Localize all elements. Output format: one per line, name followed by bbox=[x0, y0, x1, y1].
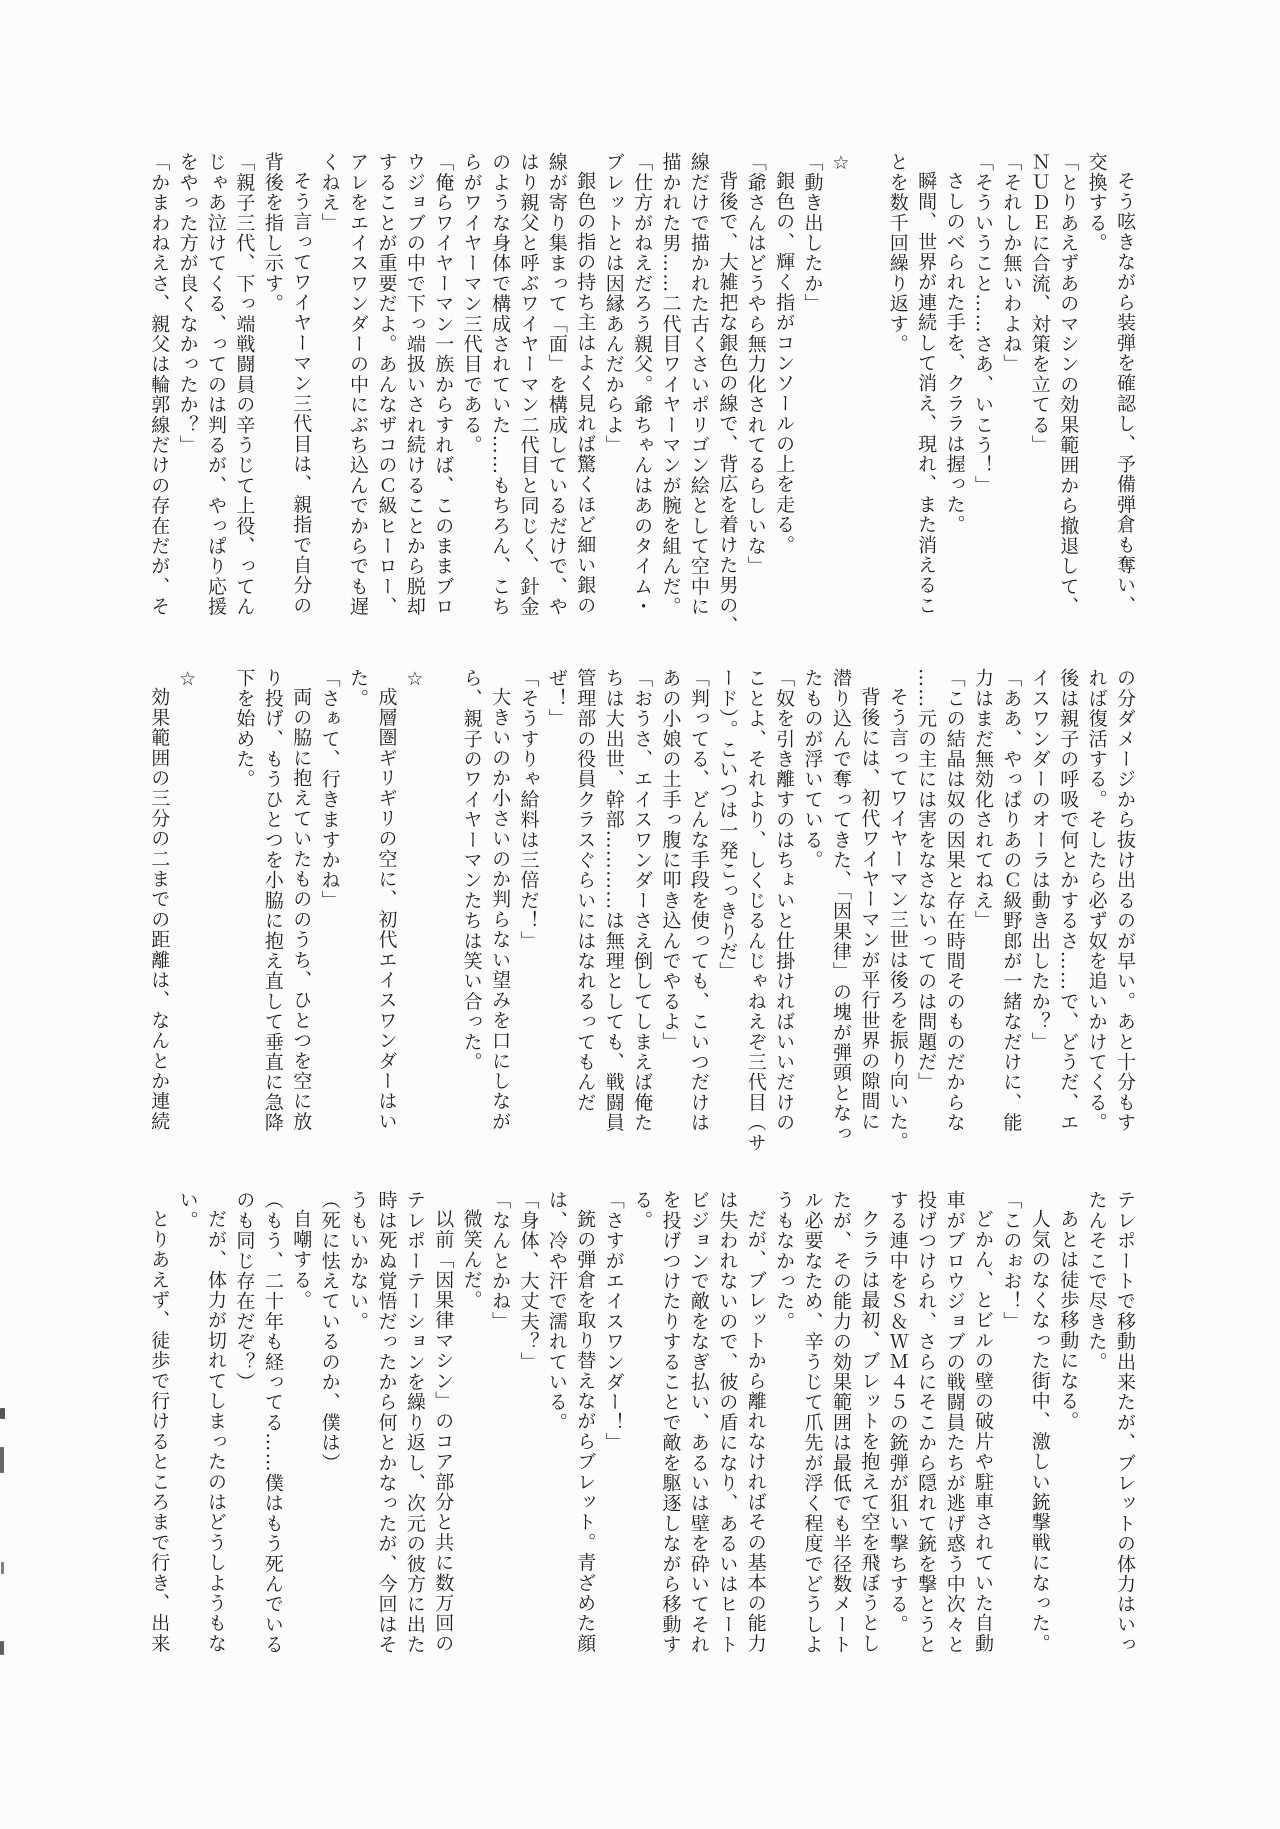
text-column: 以前「因果律マシン」のコア部分と共に数万回の bbox=[429, 1190, 457, 1655]
text-column: 力はまだ無効化されてねえ」 bbox=[969, 668, 997, 1153]
novel-page: そう呟きながら装弾を確認し、予備弾倉も奪い、交換する。「とりあえずあのマシンの効… bbox=[0, 0, 1280, 1829]
text-column: 「さぁて、行きますかね」 bbox=[315, 668, 343, 1153]
text-column: くねえ」 bbox=[315, 152, 343, 636]
text-column: は、冷や汗で濡れている。 bbox=[542, 1190, 570, 1655]
text-band-3: テレポートで移動出来たが、ブレットの体力はいったんそこで尽きた。あとは徒歩移動に… bbox=[145, 1190, 1139, 1655]
section-star: ☆ bbox=[173, 668, 201, 1153]
text-column: そう呟きながら装弾を確認し、予備弾倉も奪い、 bbox=[1111, 152, 1139, 636]
text-column: 効果範囲の三分の二までの距離は、なんとか連続 bbox=[145, 668, 173, 1153]
text-column: をやった方が良くなかったか？」 bbox=[173, 152, 201, 636]
text-column: のも同じ存在だぞ？） bbox=[230, 1190, 258, 1655]
text-column: の分ダメージから抜け出るのが早い。あと十分もす bbox=[1111, 668, 1139, 1153]
text-column: 線だけで描かれた古くさいポリゴン絵として空中に bbox=[685, 152, 713, 636]
text-column: 微笑んだ。 bbox=[457, 1190, 485, 1655]
text-column: テレポートで移動出来たが、ブレットの体力はいっ bbox=[1111, 1190, 1139, 1655]
text-column: ブレットとは因縁あんだからよ」 bbox=[599, 152, 627, 636]
text-column: 「この結晶は奴の因果と存在時間そのものだからな bbox=[940, 668, 968, 1153]
blank-column bbox=[855, 152, 883, 636]
text-column: （死に怯えているのか、僕は） bbox=[315, 1190, 343, 1655]
text-column: さしのべられた手を、クララは握った。 bbox=[940, 152, 968, 636]
text-column: らがワイヤーマン三代目である。 bbox=[457, 152, 485, 636]
text-column: 潜り込んで奪ってきた、「因果律」の塊が弾頭となっ bbox=[827, 668, 855, 1153]
text-column: 銀色の指の持ち主はよく見れば驚くほど細い銀の bbox=[571, 152, 599, 636]
text-column: た。 bbox=[344, 668, 372, 1153]
text-column: ことよ、それより、しくじるんじゃねえぞ三代目（サ bbox=[741, 668, 769, 1153]
text-column: 「そういうこと……さあ、いこう！」 bbox=[969, 152, 997, 636]
text-column: うもなかった。 bbox=[770, 1190, 798, 1655]
text-column: することが重要だよ。あんなザコのＣ級ヒーロー、 bbox=[372, 152, 400, 636]
text-column: 「それしか無いわよね」 bbox=[997, 152, 1025, 636]
text-column: を投げつけたりすることで敵を駆逐しながら移動す bbox=[656, 1190, 684, 1655]
text-column: そう言ってワイヤーマン三世は後ろを振り向いた。 bbox=[883, 668, 911, 1153]
text-column: 瞬間、世界が連続して消え、現れ、また消えるこ bbox=[912, 152, 940, 636]
text-band-1: そう呟きながら装弾を確認し、予備弾倉も奪い、交換する。「とりあえずあのマシンの効… bbox=[145, 152, 1139, 636]
text-column: 「俺らワイヤーマン一族からすれば、このままブロ bbox=[429, 152, 457, 636]
text-column: 「とりあえずあのマシンの効果範囲から撤退して、 bbox=[1054, 152, 1082, 636]
text-column: たんそこで尽きた。 bbox=[1082, 1190, 1110, 1655]
text-column: じゃあ泣けてくる、ってのは判るが、やっぱり応援 bbox=[202, 152, 230, 636]
text-column: ード）。こいつは一発こっきりだ」 bbox=[713, 668, 741, 1153]
text-column: 管理部の役員クラスぐらいにはなれるってもんだ bbox=[571, 668, 599, 1153]
text-column: 人気のなくなった街中、激しい銃撃戦になった。 bbox=[1025, 1190, 1053, 1655]
text-column: のような身体で構成されていた……もちろん、こち bbox=[486, 152, 514, 636]
text-column: り投げ、もうひとつを小脇に抱え直して垂直に急降 bbox=[258, 668, 286, 1153]
text-column: 「仕方がねえだろう親父。爺ちゃんはあのタイム・ bbox=[628, 152, 656, 636]
text-column: 「身体、大丈夫？」 bbox=[514, 1190, 542, 1655]
scan-speck bbox=[1, 1562, 4, 1574]
section-star: ☆ bbox=[400, 668, 428, 1153]
section-star: ☆ bbox=[827, 152, 855, 636]
text-column: 両の脇に抱えていたもののうち、ひとつを空に放 bbox=[287, 668, 315, 1153]
text-column: 「おうさ、エイスワンダーさえ倒してしまえば俺た bbox=[628, 668, 656, 1153]
blank-column bbox=[202, 668, 230, 1153]
text-column: 背後で、大雑把な銀色の線で、背広を着けた男の、 bbox=[713, 152, 741, 636]
text-column: ウジョブの中で下っ端扱いされ続けることから脱却 bbox=[400, 152, 428, 636]
text-column: 「このぉお！」 bbox=[997, 1190, 1025, 1655]
text-column: 「そうすりゃ給料は三倍だ！」 bbox=[514, 668, 542, 1153]
text-column: 背後には、初代ワイヤーマンが平行世界の隙間に bbox=[855, 668, 883, 1153]
text-column: アレをエイスワンダーの中にぶち込んでからでも遅 bbox=[344, 152, 372, 636]
text-column: あの小娘の土手っ腹に叩き込んでやるよ」 bbox=[656, 668, 684, 1153]
text-column: 後は親子の呼吸で何とかするさ……で、どうだ、エ bbox=[1054, 668, 1082, 1153]
scan-speck bbox=[0, 1447, 4, 1473]
text-column: ちは大出世、幹部…………は無理としても、戦闘員 bbox=[599, 668, 627, 1153]
text-column: 「爺さんはどうやら無力化されてるらしいな」 bbox=[741, 152, 769, 636]
text-column: れば復活する。そしたら必ず奴を追いかけてくる。 bbox=[1082, 668, 1110, 1153]
text-column: たものが浮いている。 bbox=[798, 668, 826, 1153]
text-column: とを数千回繰り返す。 bbox=[883, 152, 911, 636]
text-column: 時は死ぬ覚悟だったから何とかなったが、今回はそ bbox=[372, 1190, 400, 1655]
text-column: は失われないので、彼の盾になり、あるいはヒート bbox=[713, 1190, 741, 1655]
text-column: ＮＵＤＥに合流、対策を立てる」 bbox=[1025, 152, 1053, 636]
text-column: 投げつけられ、さらにそこから隠れて銃を撃とうと bbox=[912, 1190, 940, 1655]
text-column: どかん、とビルの壁の破片や駐車されていた自動 bbox=[969, 1190, 997, 1655]
text-column: 描かれた男……二代目ワイヤーマンが腕を組んだ。 bbox=[656, 152, 684, 636]
text-column: ぜ！」 bbox=[542, 668, 570, 1153]
text-column: 自嘲する。 bbox=[287, 1190, 315, 1655]
text-column: だが、ブレットから離れなければその基本の能力 bbox=[741, 1190, 769, 1655]
text-column: そう言ってワイヤーマン三代目は、親指で自分の bbox=[287, 152, 315, 636]
text-column: テレポーテーションを繰り返し、次元の彼方に出た bbox=[400, 1190, 428, 1655]
text-column: はり親父と呼ぶワイヤーマン二代目と同じく、針金 bbox=[514, 152, 542, 636]
text-column: 背後を指し示す。 bbox=[258, 152, 286, 636]
text-column: 「動き出したか」 bbox=[798, 152, 826, 636]
text-column: 交換する。 bbox=[1082, 152, 1110, 636]
text-column: ル必要なため、辛うじて爪先が浮く程度でどうしよ bbox=[798, 1190, 826, 1655]
text-column: 銀色の、輝く指がコンソールの上を走る。 bbox=[770, 152, 798, 636]
blank-column bbox=[429, 668, 457, 1153]
text-column: 「なんとかね」 bbox=[486, 1190, 514, 1655]
scan-speck bbox=[0, 1641, 4, 1655]
text-column: 車がブロウジョブの戦闘員たちが逃げ惑う中次々と bbox=[940, 1190, 968, 1655]
text-column: 「ああ、やっぱりあのＣ級野郎が一緒なだけに、能 bbox=[997, 668, 1025, 1153]
scan-speck bbox=[0, 1408, 5, 1419]
text-column: たが、その能力の効果範囲は最低でも半径数メート bbox=[827, 1190, 855, 1655]
text-column: い。 bbox=[173, 1190, 201, 1655]
text-column: イスワンダーのオーラは動き出したか？」 bbox=[1025, 668, 1053, 1153]
text-column: 「さすがエイスワンダー！」 bbox=[599, 1190, 627, 1655]
text-column: あとは徒歩移動になる。 bbox=[1054, 1190, 1082, 1655]
text-column: 「親子三代、下っ端戦闘員の辛うじて上役、ってん bbox=[230, 152, 258, 636]
text-column: 下を始めた。 bbox=[230, 668, 258, 1153]
text-column: クララは最初、ブレットを抱えて空を飛ぼうとし bbox=[855, 1190, 883, 1655]
text-column: 線が寄り集まって「面」を構成しているだけで、や bbox=[542, 152, 570, 636]
text-column: 大きいのか小さいのか判らない望みを口にしなが bbox=[486, 668, 514, 1153]
text-column: （もう、二十年も経ってる……僕はもう死んでいる bbox=[258, 1190, 286, 1655]
text-column: ……元の主には害をなさないってのは問題だ」 bbox=[912, 668, 940, 1153]
text-column: 「かまわねえさ、親父は輪郭線だけの存在だが、そ bbox=[145, 152, 173, 636]
text-column: る。 bbox=[628, 1190, 656, 1655]
text-column: だが、体力が切れてしまったのはどうしようもな bbox=[202, 1190, 230, 1655]
text-band-2: の分ダメージから抜け出るのが早い。あと十分もすれば復活する。そしたら必ず奴を追い… bbox=[145, 668, 1139, 1153]
text-column: 銃の弾倉を取り替えながらブレット。青ざめた顔 bbox=[571, 1190, 599, 1655]
text-column: 「奴を引き離すのはちょいと仕掛ければいいだけの bbox=[770, 668, 798, 1153]
text-column: する連中をＳ＆ＷＭ４５の銃弾が狙い撃ちする。 bbox=[883, 1190, 911, 1655]
text-column: 「判ってる、どんな手段を使っても、こいつだけは bbox=[685, 668, 713, 1153]
text-column: うもいかない。 bbox=[344, 1190, 372, 1655]
text-column: ら、親子のワイヤーマンたちは笑い合った。 bbox=[457, 668, 485, 1153]
text-column: ビジョンで敵をなぎ払い、あるいは壁を砕いてそれ bbox=[685, 1190, 713, 1655]
text-column: 成層圏ギリギリの空に、初代エイスワンダーはい bbox=[372, 668, 400, 1153]
text-column: とりあえず、徒歩で行けるところまで行き、出来 bbox=[145, 1190, 173, 1655]
